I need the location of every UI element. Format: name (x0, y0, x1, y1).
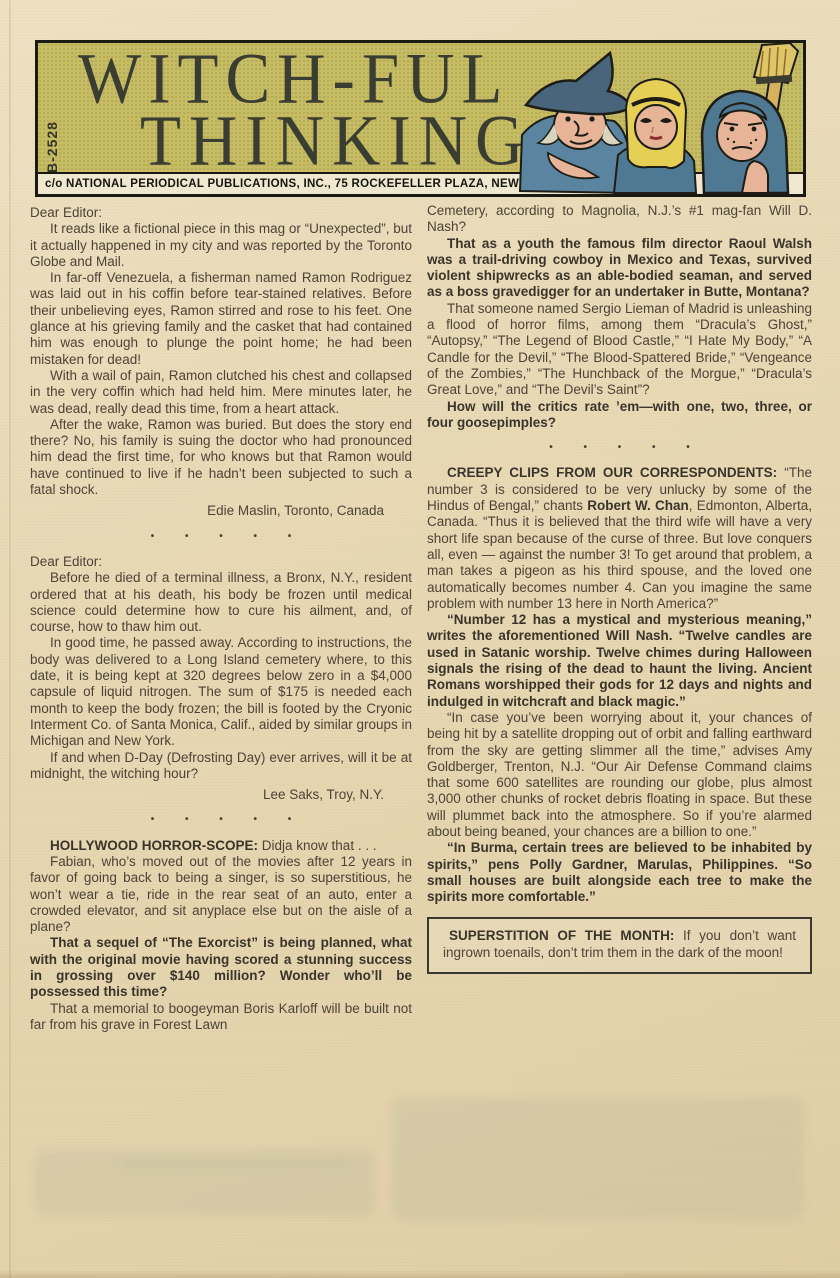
paragraph: That a sequel of “The Exorcist” is being… (30, 935, 412, 1000)
paragraph: After the wake, Ramon was buried. But do… (30, 417, 412, 498)
bold-text: That a sequel of “The Exorcist” is being… (30, 935, 412, 999)
page-bottom-shadow (0, 1270, 840, 1278)
paragraph: HOLLYWOOD HORROR-SCOPE: Didja know that … (30, 838, 412, 854)
print-bleedthrough (35, 1150, 375, 1216)
paragraph: Fabian, who’s moved out of the movies af… (30, 854, 412, 935)
paragraph: “In Burma, certain trees are believed to… (427, 840, 812, 905)
letters-page-masthead: B-2528 WITCH-FUL THINKING c/o NATIONAL P… (35, 40, 806, 197)
dotted-separator: • • • • • (30, 812, 412, 828)
body-text: Didja know that . . . (258, 838, 377, 853)
paragraph: In good time, he passed away. According … (30, 635, 412, 749)
hooded-witch-figure (702, 91, 788, 193)
bold-text: SUPERSTITION OF THE MONTH: (449, 928, 674, 943)
paragraph: That someone named Sergio Lieman of Madr… (427, 301, 812, 399)
blonde-witch-figure (614, 79, 696, 193)
letter-signature: Lee Saks, Troy, N.Y. (30, 787, 412, 803)
body-text: In good time, he passed away. According … (30, 635, 412, 748)
old-witch-figure (520, 53, 632, 193)
witches-illustration (518, 43, 803, 194)
left-column: Dear Editor:It reads like a fictional pi… (30, 203, 412, 1033)
paragraph: SUPERSTITION OF THE MONTH: If you don’t … (443, 928, 796, 961)
paragraph: How will the critics rate ’em—with one, … (427, 399, 812, 432)
body-text: Fabian, who’s moved out of the movies af… (30, 854, 412, 934)
paragraph: Cemetery, according to Magnolia, N.J.’s … (427, 203, 812, 236)
letter-salutation: Dear Editor: (30, 205, 412, 221)
body-text: It reads like a fictional piece in this … (30, 221, 412, 269)
bold-text: CREEPY CLIPS FROM OUR CORRESPONDENTS: (447, 465, 777, 480)
body-text: In far-off Venezuela, a fisherman named … (30, 270, 412, 366)
right-column: Cemetery, according to Magnolia, N.J.’s … (427, 203, 812, 1033)
superstition-of-the-month-box: SUPERSTITION OF THE MONTH: If you don’t … (427, 917, 812, 974)
body-text: Cemetery, according to Magnolia, N.J.’s … (427, 203, 812, 234)
bold-text: HOLLYWOOD HORROR-SCOPE: (50, 838, 258, 853)
paragraph: That as a youth the famous film director… (427, 236, 812, 301)
body-text: That someone named Sergio Lieman of Madr… (427, 301, 812, 397)
page-title: WITCH-FUL THINKING (78, 49, 531, 172)
dotted-separator: • • • • • (30, 529, 412, 545)
paragraph: With a wail of pain, Ramon clutched his … (30, 368, 412, 417)
letter-salutation: Dear Editor: (30, 554, 412, 570)
paragraph: “In case you’ve been worrying about it, … (427, 710, 812, 840)
page-title-line2: THINKING (140, 108, 531, 175)
body-text: After the wake, Ramon was buried. But do… (30, 417, 412, 497)
body-text: Before he died of a terminal illness, a … (30, 570, 412, 634)
print-bleedthrough (120, 1162, 350, 1165)
paragraph: “Number 12 has a mystical and mysterious… (427, 612, 812, 710)
body-text: “In case you’ve been worrying about it, … (427, 710, 812, 839)
bold-text: That as a youth the famous film director… (427, 236, 812, 300)
paragraph: Before he died of a terminal illness, a … (30, 570, 412, 635)
dotted-separator: • • • • • (427, 440, 812, 456)
bold-text: How will the critics rate ’em—with one, … (427, 399, 812, 430)
body-text: With a wail of pain, Ramon clutched his … (30, 368, 412, 416)
paragraph: That a memorial to boogeyman Boris Karlo… (30, 1001, 412, 1034)
bold-text: “In Burma, certain trees are believed to… (427, 840, 812, 904)
comic-letters-page: { "header": { "code": "B-2528", "title_l… (0, 0, 840, 1278)
body-text: If and when D-Day (Defrosting Day) ever … (30, 750, 412, 781)
paragraph: It reads like a fictional piece in this … (30, 221, 412, 270)
bold-text: “Number 12 has a mystical and mysterious… (427, 612, 812, 708)
body-text: That a memorial to boogeyman Boris Karlo… (30, 1001, 412, 1032)
bold-text: Robert W. Chan (587, 498, 688, 513)
paragraph: CREEPY CLIPS FROM OUR CORRESPONDENTS: “T… (427, 465, 812, 612)
letter-signature: Edie Maslin, Toronto, Canada (30, 503, 412, 519)
letters-content: Dear Editor:It reads like a fictional pi… (0, 203, 840, 1033)
print-bleedthrough (392, 1098, 804, 1220)
body-text: , Edmonton, Alberta, Canada. “Thus it is… (427, 498, 812, 611)
paragraph: In far-off Venezuela, a fisherman named … (30, 270, 412, 368)
paragraph: If and when D-Day (Defrosting Day) ever … (30, 750, 412, 783)
